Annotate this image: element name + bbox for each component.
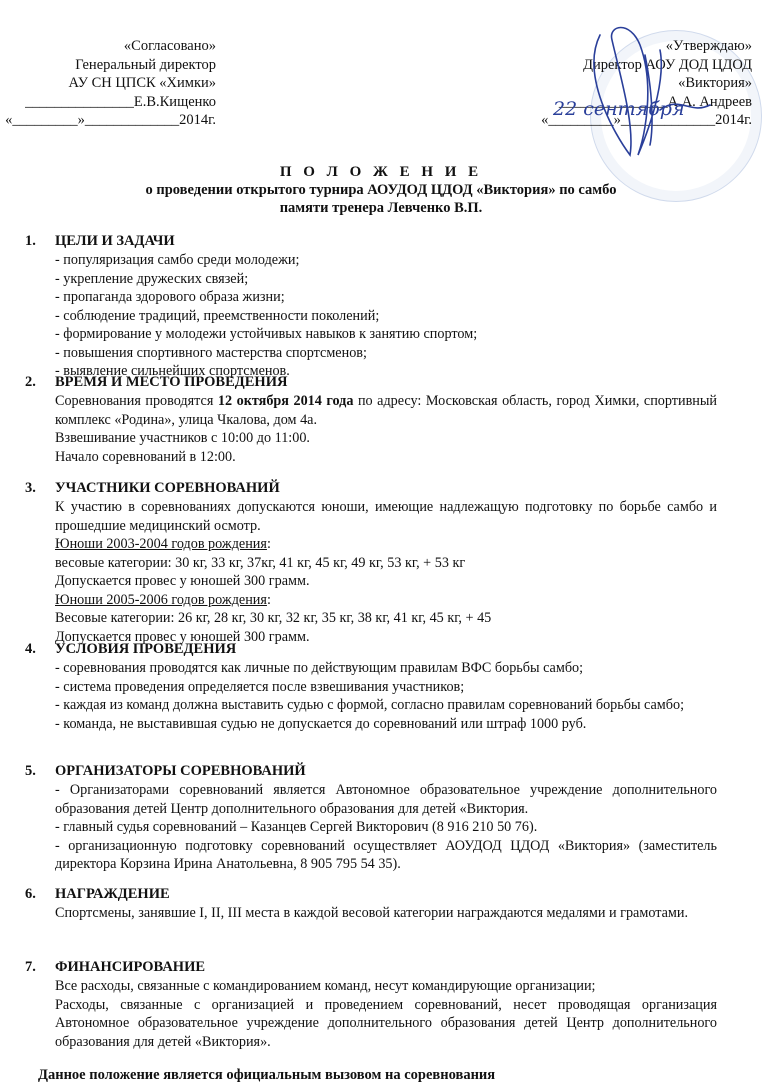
section-number: 5. — [25, 762, 36, 780]
list-item: - формирование у молодежи устойчивых нав… — [55, 325, 717, 344]
section-body: - соревнования проводятся как личные по … — [55, 659, 717, 733]
group2-title: Юноши 2005-2006 годов рождения — [55, 592, 267, 608]
start-time: Начало соревнований в 12:00. — [55, 448, 717, 467]
weight-allowance: Допускается провес у юношей 300 грамм. — [55, 572, 717, 591]
list-item: Расходы, связанные с организацией и пров… — [55, 996, 717, 1052]
section-title: ОРГАНИЗАТОРЫ СОРЕВНОВАНИЙ — [55, 762, 306, 780]
section-body: - популяризация самбо среди молодежи; - … — [55, 251, 717, 381]
chief-judge: - главный судья соревнований – Казанцев … — [55, 818, 717, 837]
section-body: Все расходы, связанные с командированием… — [55, 977, 717, 1051]
section-title: УСЛОВИЯ ПРОВЕДЕНИЯ — [55, 640, 236, 658]
section-body: Соревнования проводятся 12 октября 2014 … — [55, 392, 717, 466]
approval-block-agreed: «Согласовано» Генеральный директор АУ СН… — [5, 37, 216, 130]
section-title: УЧАСТНИКИ СОРЕВНОВАНИЙ — [55, 479, 280, 497]
weigh-in-time: Взвешивание участников с 10:00 до 11:00. — [55, 429, 717, 448]
approval-line: АУ СН ЦПСК «Химки» — [5, 74, 216, 93]
signature-icon — [560, 15, 730, 165]
approval-line: «_________»_____________2014г. — [5, 111, 216, 130]
list-item: - организационную подготовку соревновани… — [55, 837, 717, 874]
group1-title: Юноши 2003-2004 годов рождения — [55, 536, 267, 552]
section-title: ЦЕЛИ И ЗАДАЧИ — [55, 232, 175, 250]
title-memorial: памяти тренера Левченко В.П. — [0, 199, 762, 217]
approval-line: Генеральный директор — [5, 56, 216, 75]
approval-line: _______________Е.В.Кищенко — [5, 93, 216, 112]
list-item: - укрепление дружеских связей; — [55, 270, 717, 289]
weight-categories: весовые категории: 30 кг, 33 кг, 37кг, 4… — [55, 554, 717, 573]
event-date: 12 октября 2014 года — [218, 393, 354, 409]
section-number: 1. — [25, 232, 36, 250]
section-title: ВРЕМЯ И МЕСТО ПРОВЕДЕНИЯ — [55, 373, 287, 391]
list-item: - команда, не выставившая судью не допус… — [55, 715, 717, 734]
list-item: - популяризация самбо среди молодежи; — [55, 251, 717, 270]
section-body: Спортсмены, занявшие I, II, III места в … — [55, 904, 717, 923]
section-body: К участию в соревнованиях допускаются юн… — [55, 498, 717, 646]
section-number: 7. — [25, 958, 36, 976]
event-date-address: Соревнования проводятся 12 октября 2014 … — [55, 392, 717, 429]
title-subtitle: о проведении открытого турнира АОУДОД ЦД… — [0, 181, 762, 199]
list-item: - Организаторами соревнований является А… — [55, 781, 717, 818]
weight-categories: Весовые категории: 26 кг, 28 кг, 30 кг, … — [55, 609, 717, 628]
awards-text: Спортсмены, занявшие I, II, III места в … — [55, 904, 717, 923]
section-number: 4. — [25, 640, 36, 658]
list-item: - соревнования проводятся как личные по … — [55, 659, 717, 678]
list-item: - пропаганда здорового образа жизни; — [55, 288, 717, 307]
group-title: Юноши 2003-2004 годов рождения: — [55, 535, 717, 554]
official-call-note: Данное положение является официальным вы… — [38, 1067, 495, 1084]
list-item: - каждая из команд должна выставить судь… — [55, 696, 717, 715]
text: Соревнования проводятся — [55, 393, 218, 409]
list-item: - соблюдение традиций, преемственности п… — [55, 307, 717, 326]
list-item: Все расходы, связанные с командированием… — [55, 977, 717, 996]
section-title: НАГРАЖДЕНИЕ — [55, 885, 170, 903]
group-title: Юноши 2005-2006 годов рождения: — [55, 591, 717, 610]
list-item: - система проведения определяется после … — [55, 678, 717, 697]
section-number: 2. — [25, 373, 36, 391]
list-item: - повышения спортивного мастерства спорт… — [55, 344, 717, 363]
section-body: - Организаторами соревнований является А… — [55, 781, 717, 874]
title-main: П О Л О Ж Е Н И Е — [0, 163, 762, 181]
section-title: ФИНАНСИРОВАНИЕ — [55, 958, 205, 976]
approval-line: «Согласовано» — [5, 37, 216, 56]
eligibility-text: К участию в соревнованиях допускаются юн… — [55, 498, 717, 535]
section-number: 3. — [25, 479, 36, 497]
section-number: 6. — [25, 885, 36, 903]
document-title: П О Л О Ж Е Н И Е о проведении открытого… — [0, 163, 762, 217]
